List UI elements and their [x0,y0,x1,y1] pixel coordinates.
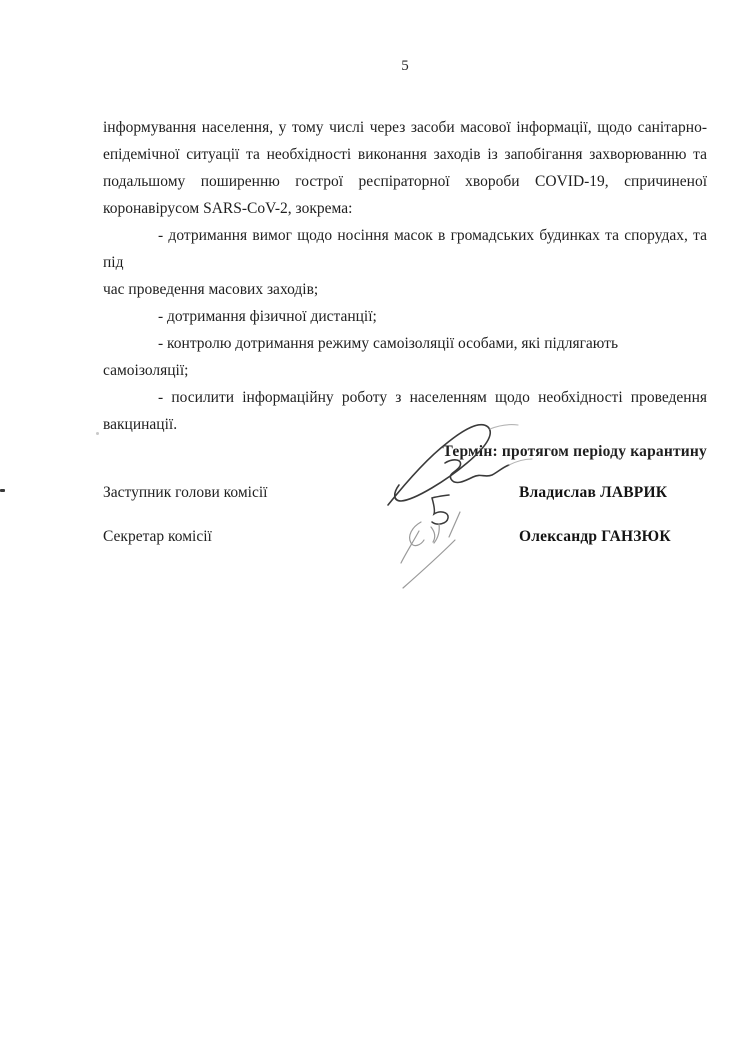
page-number: 5 [103,58,707,75]
bullet-line: - посилити інформаційну роботу з населен… [103,384,707,411]
scan-artifact-dot [96,432,99,435]
document-body: інформування населення, у тому числі чер… [103,114,707,465]
signatory-name-lavryk: Владислав ЛАВРИК [519,484,667,502]
paragraph-line: коронавірусом SARS-CoV-2, зокрема: [103,195,707,222]
bullet-line: - дотримання вимог щодо носіння масок в … [103,222,707,276]
bullet-line: - контролю дотримання режиму самоізоляці… [103,330,707,384]
bullet-line: - дотримання фізичної дистанції; [103,303,707,330]
handwritten-signature-icon [385,415,535,600]
signatory-name-hanziuk: Олександр ГАНЗЮК [519,528,671,546]
paragraph-line: епідемічної ситуації та необхідності вик… [103,141,707,168]
document-page: 5 інформування населення, у тому числі ч… [0,0,750,1060]
paragraph-line: інформування населення, у тому числі чер… [103,114,707,141]
signatory-title-secretary: Секретар комісії [103,528,212,546]
bullet-line: час проведення масових заходів; [103,276,707,303]
scan-artifact-dash [0,489,5,492]
paragraph-line: подальшому поширенню гострої респіраторн… [103,168,707,195]
signatory-title-deputy-head: Заступник голови комісії [103,484,267,502]
